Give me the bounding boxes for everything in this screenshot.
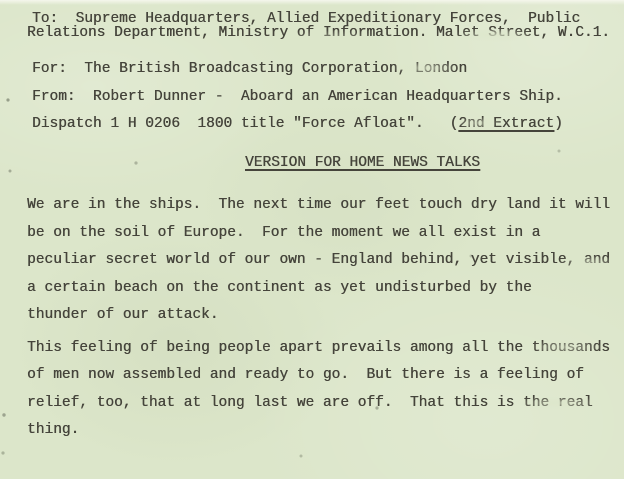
body-line: thing.: [27, 417, 616, 445]
from-line: From: Robert Dunner - Aboard an American…: [27, 84, 616, 112]
paragraph-1: We are in the ships. The next time our f…: [27, 192, 616, 330]
body-line: be on the soil of Europe. For the moment…: [27, 220, 616, 248]
paragraph-2: This feeling of being people apart preva…: [27, 335, 616, 445]
body-line: thunder of our attack.: [27, 302, 616, 330]
body-text: We are in the ships. The next time our f…: [27, 192, 616, 445]
document-title: VERSION FOR HOME NEWS TALKS: [245, 155, 480, 171]
extract-label: 2nd Extract: [458, 116, 554, 132]
for-line: For: The British Broadcasting Corporatio…: [27, 56, 616, 84]
body-line: of men now assembled and ready to go. Bu…: [27, 362, 616, 390]
title-row: VERSION FOR HOME NEWS TALKS: [27, 150, 616, 178]
dispatch-close-paren: ): [554, 116, 563, 132]
dispatch-line: Dispatch 1 H 0206 1800 title "Force Aflo…: [27, 111, 616, 139]
dispatch-document: To: Supreme Headquarters, Allied Expedit…: [0, 0, 624, 479]
body-line: We are in the ships. The next time our f…: [27, 192, 616, 220]
body-line: a certain beach on the continent as yet …: [27, 275, 616, 303]
body-line: This feeling of being people apart preva…: [27, 335, 616, 363]
address-line-2: Relations Department, Ministry of Inform…: [27, 27, 616, 41]
body-line: relief, too, that at long last we are of…: [27, 390, 616, 418]
dispatch-text: Dispatch 1 H 0206 1800 title "Force Aflo…: [32, 116, 458, 132]
document-page: To: Supreme Headquarters, Allied Expedit…: [0, 0, 624, 479]
body-line: peculiar secret world of our own - Engla…: [27, 247, 616, 275]
address-block: To: Supreme Headquarters, Allied Expedit…: [27, 13, 616, 40]
